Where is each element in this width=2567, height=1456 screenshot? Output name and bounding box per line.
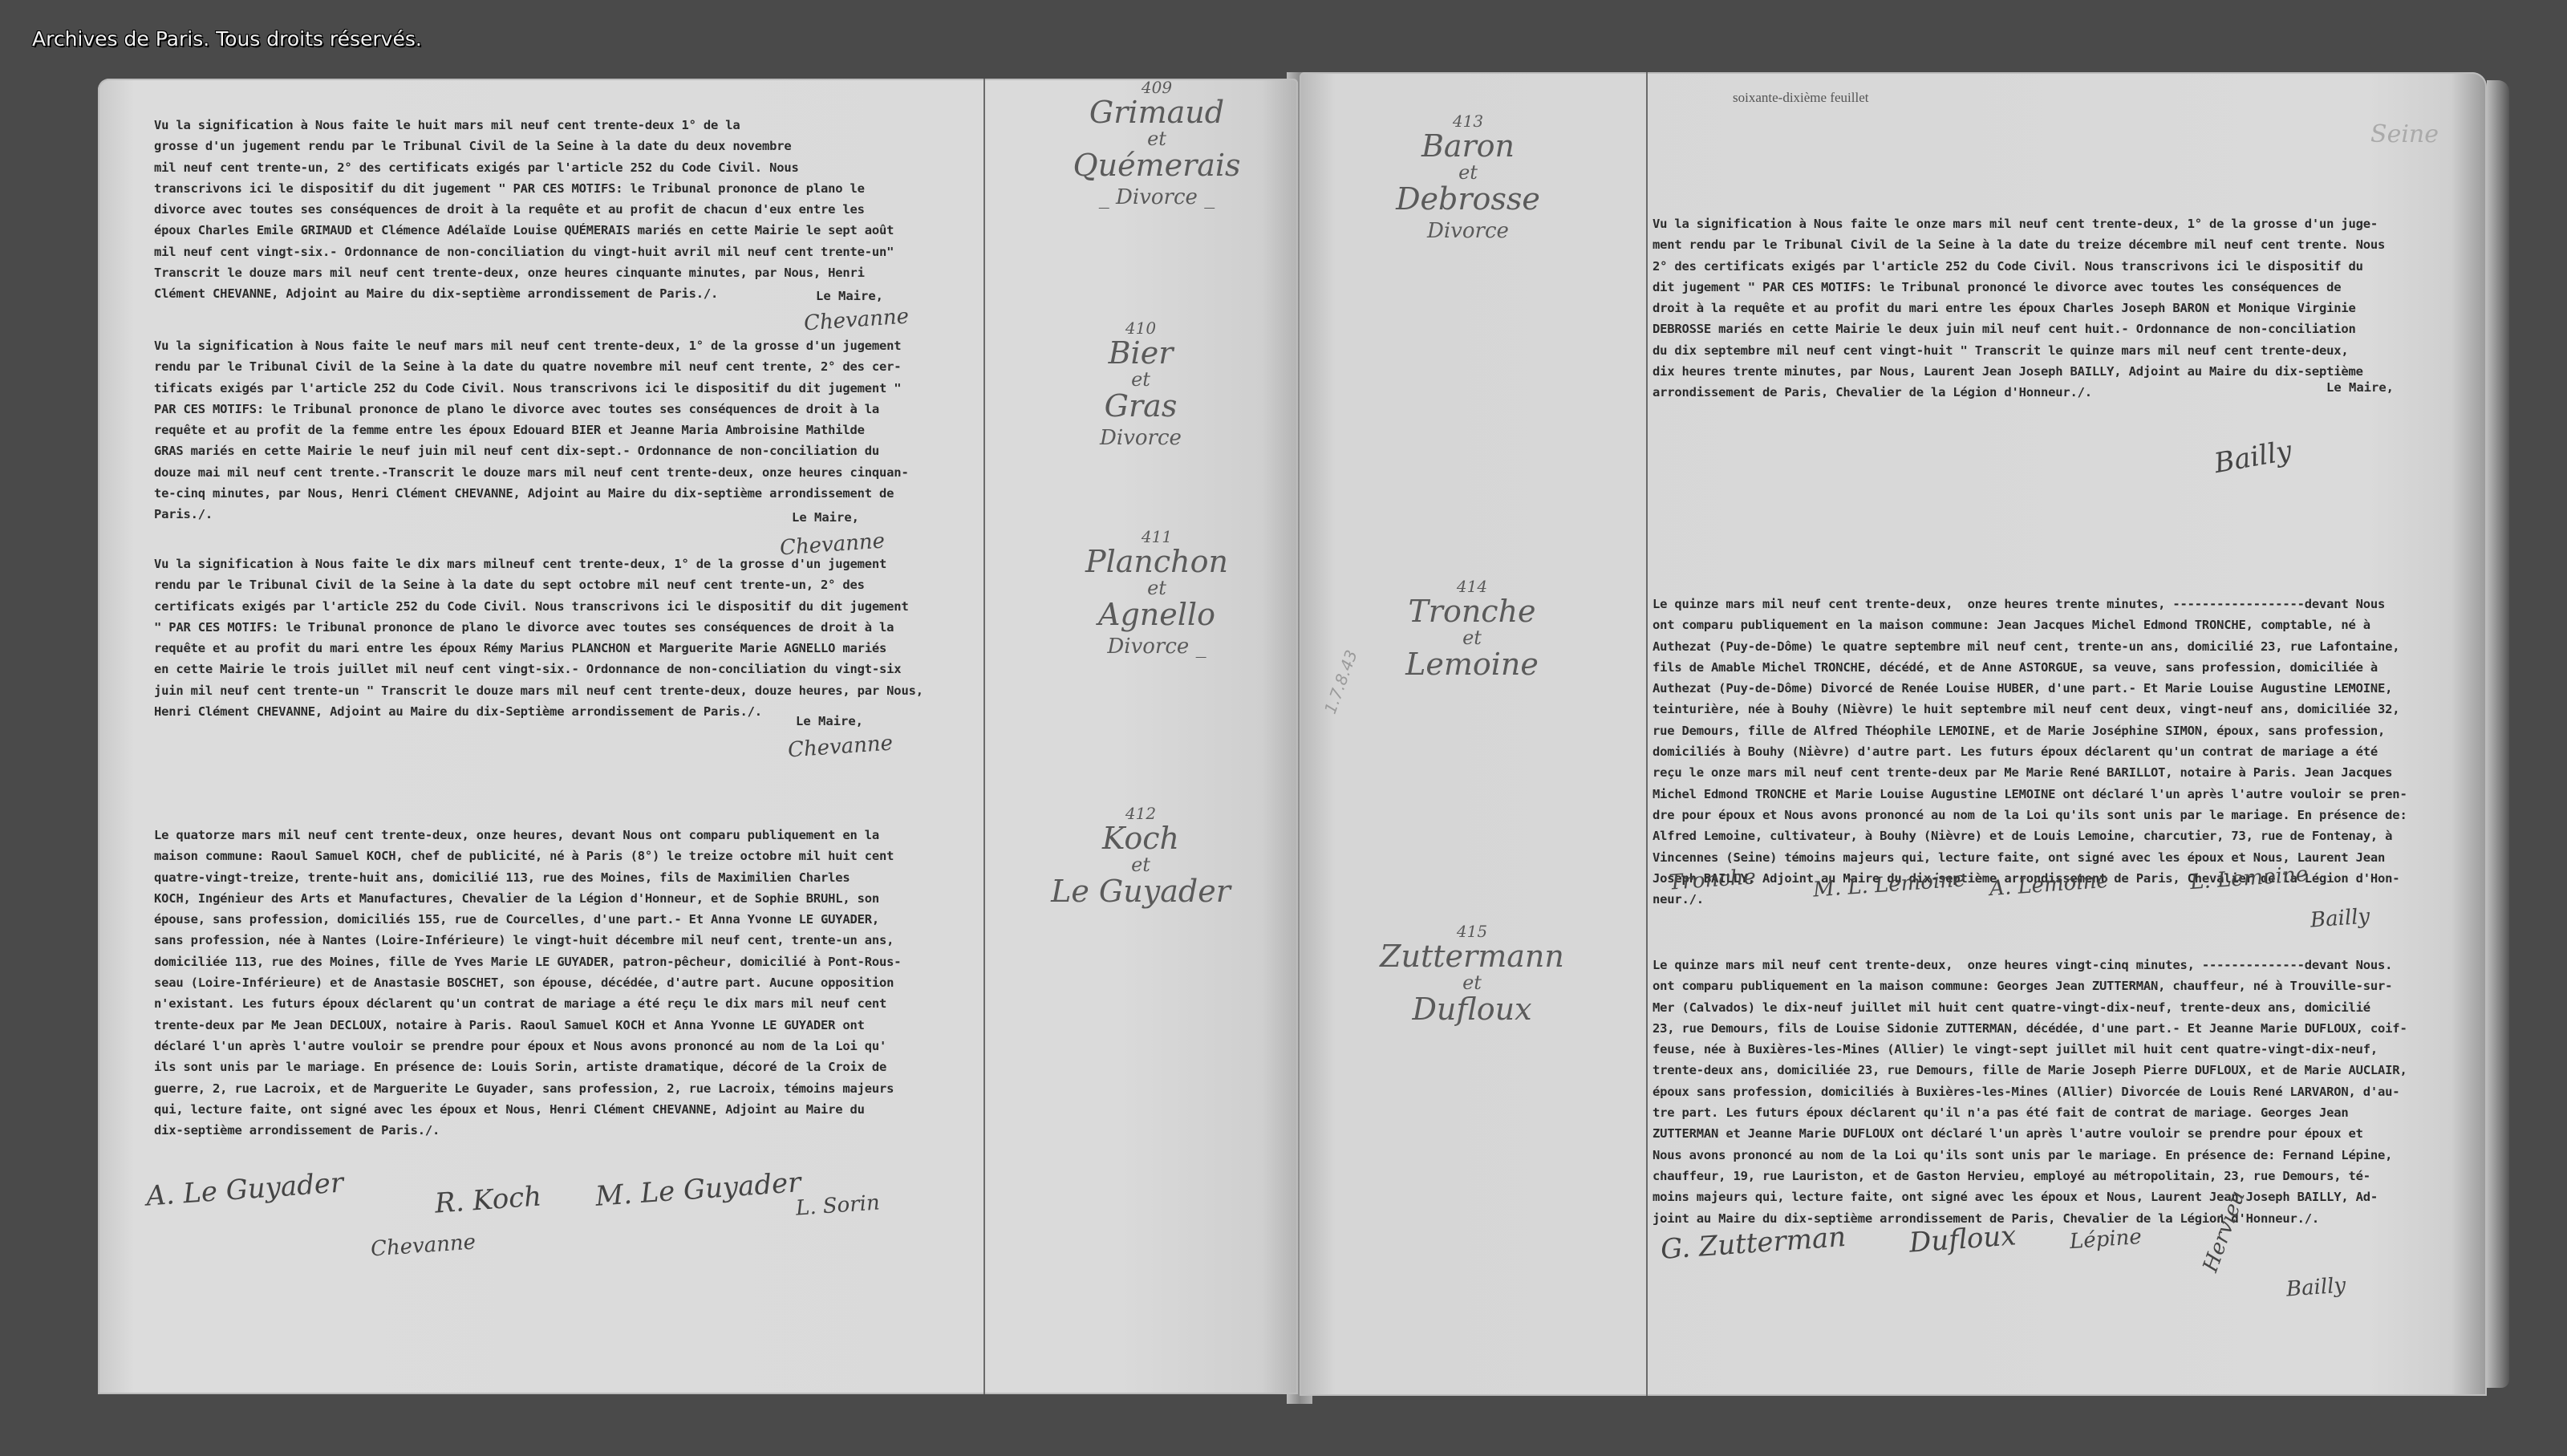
- margin-note-415: 415 Zuttermann et Dufloux: [1340, 923, 1604, 1025]
- pencil-note: 1.7.8.43: [1314, 645, 1367, 718]
- entry-409-signature: Chevanne: [803, 304, 910, 335]
- margin-note-410: 410 Bier et Gras Divorce: [1036, 319, 1245, 454]
- entry-411-signature: Chevanne: [787, 731, 894, 762]
- margin-et: et: [1036, 578, 1277, 598]
- entry-411-closing: Le Maire,: [796, 714, 863, 728]
- entry-411-text: Vu la signification à Nous faite le dix …: [154, 554, 980, 722]
- signature-bailly-2: Bailly: [2285, 1273, 2346, 1301]
- margin-name-2: Gras: [1036, 390, 1245, 422]
- margin-note-411: 411 Planchon et Agnello Divorce _: [1036, 528, 1277, 663]
- margin-name-1: Planchon: [1036, 545, 1277, 578]
- margin-name-1: Baron: [1348, 130, 1588, 162]
- entry-412-text: Le quatorze mars mil neuf cent trente-de…: [154, 825, 980, 1141]
- entry-413-closing: Le Maire,: [2326, 380, 2394, 395]
- margin-name-2: Quémerais: [1036, 149, 1277, 181]
- margin-note-413: 413 Baron et Debrosse Divorce: [1348, 112, 1588, 247]
- margin-note-409: 409 Grimaud et Quémerais _ Divorce _: [1036, 79, 1277, 213]
- left-page: Vu la signification à Nous faite le huit…: [98, 79, 1298, 1394]
- margin-name-1: Bier: [1036, 337, 1245, 369]
- margin-et: et: [1340, 972, 1604, 993]
- seine-stamp: Seine: [2370, 120, 2439, 148]
- margin-number: 413: [1348, 112, 1588, 130]
- margin-et: et: [1340, 627, 1604, 648]
- margin-et: et: [1348, 162, 1588, 183]
- entry-413-signature: Bailly: [2212, 435, 2294, 480]
- margin-number: 409: [1036, 79, 1277, 96]
- margin-status: Divorce: [1348, 215, 1588, 247]
- margin-note-414: 1.7.8.43 414 Tronche et Lemoine: [1340, 578, 1604, 680]
- margin-status: Divorce: [1036, 422, 1245, 454]
- signature-dufloux: Dufloux: [1908, 1219, 2018, 1259]
- signature-a-le-guyader: A. Le Guyader: [145, 1166, 345, 1212]
- margin-rule: [1646, 72, 1648, 1396]
- entry-410-closing: Le Maire,: [792, 510, 859, 525]
- signature-m-le-guyader: M. Le Guyader: [594, 1166, 802, 1213]
- copyright-watermark: Archives de Paris. Tous droits réservés.: [32, 27, 422, 51]
- entry-414-text: Le quinze mars mil neuf cent trente-deux…: [1653, 594, 2463, 910]
- signature-bailly: Bailly: [2309, 904, 2370, 932]
- signature-lepine: Lépine: [2069, 1225, 2143, 1254]
- margin-et: et: [1036, 128, 1277, 149]
- margin-number: 411: [1036, 528, 1277, 545]
- entry-409-closing: Le Maire,: [816, 289, 883, 303]
- entry-409-text: Vu la signification à Nous faite le huit…: [154, 115, 980, 305]
- entry-415-text: Le quinze mars mil neuf cent trente-deux…: [1653, 955, 2463, 1229]
- signature-koch: R. Koch: [434, 1180, 543, 1219]
- margin-number: 410: [1036, 319, 1245, 337]
- margin-name-2: Debrosse: [1348, 183, 1588, 215]
- margin-rule: [983, 79, 985, 1394]
- margin-name-1: Tronche: [1340, 595, 1604, 627]
- margin-name-2: Dufloux: [1340, 993, 1604, 1025]
- margin-status: Divorce _: [1036, 631, 1277, 663]
- folio-header: soixante-dixième feuillet: [1733, 90, 1868, 106]
- margin-et: et: [1020, 854, 1261, 875]
- margin-status: _ Divorce _: [1036, 181, 1277, 213]
- right-page: soixante-dixième feuillet Seine Vu la si…: [1300, 72, 2487, 1396]
- page-edge: [2487, 80, 2509, 1388]
- margin-name-1: Zuttermann: [1340, 940, 1604, 972]
- margin-et: et: [1036, 369, 1245, 390]
- margin-number: 412: [1020, 805, 1261, 822]
- margin-name-2: Lemoine: [1340, 648, 1604, 680]
- entry-410-text: Vu la signification à Nous faite le neuf…: [154, 335, 980, 525]
- entry-413-text: Vu la signification à Nous faite le onze…: [1653, 213, 2463, 404]
- margin-name-1: Koch: [1020, 822, 1261, 854]
- signature-sorin: L. Sorin: [795, 1190, 881, 1220]
- margin-name-1: Grimaud: [1036, 96, 1277, 128]
- margin-number: 414: [1340, 578, 1604, 595]
- margin-number: 415: [1340, 923, 1604, 940]
- margin-name-2: Agnello: [1036, 598, 1277, 631]
- signature-chevanne: Chevanne: [370, 1230, 476, 1261]
- margin-note-412: 412 Koch et Le Guyader: [1020, 805, 1261, 907]
- margin-name-2: Le Guyader: [1020, 875, 1261, 907]
